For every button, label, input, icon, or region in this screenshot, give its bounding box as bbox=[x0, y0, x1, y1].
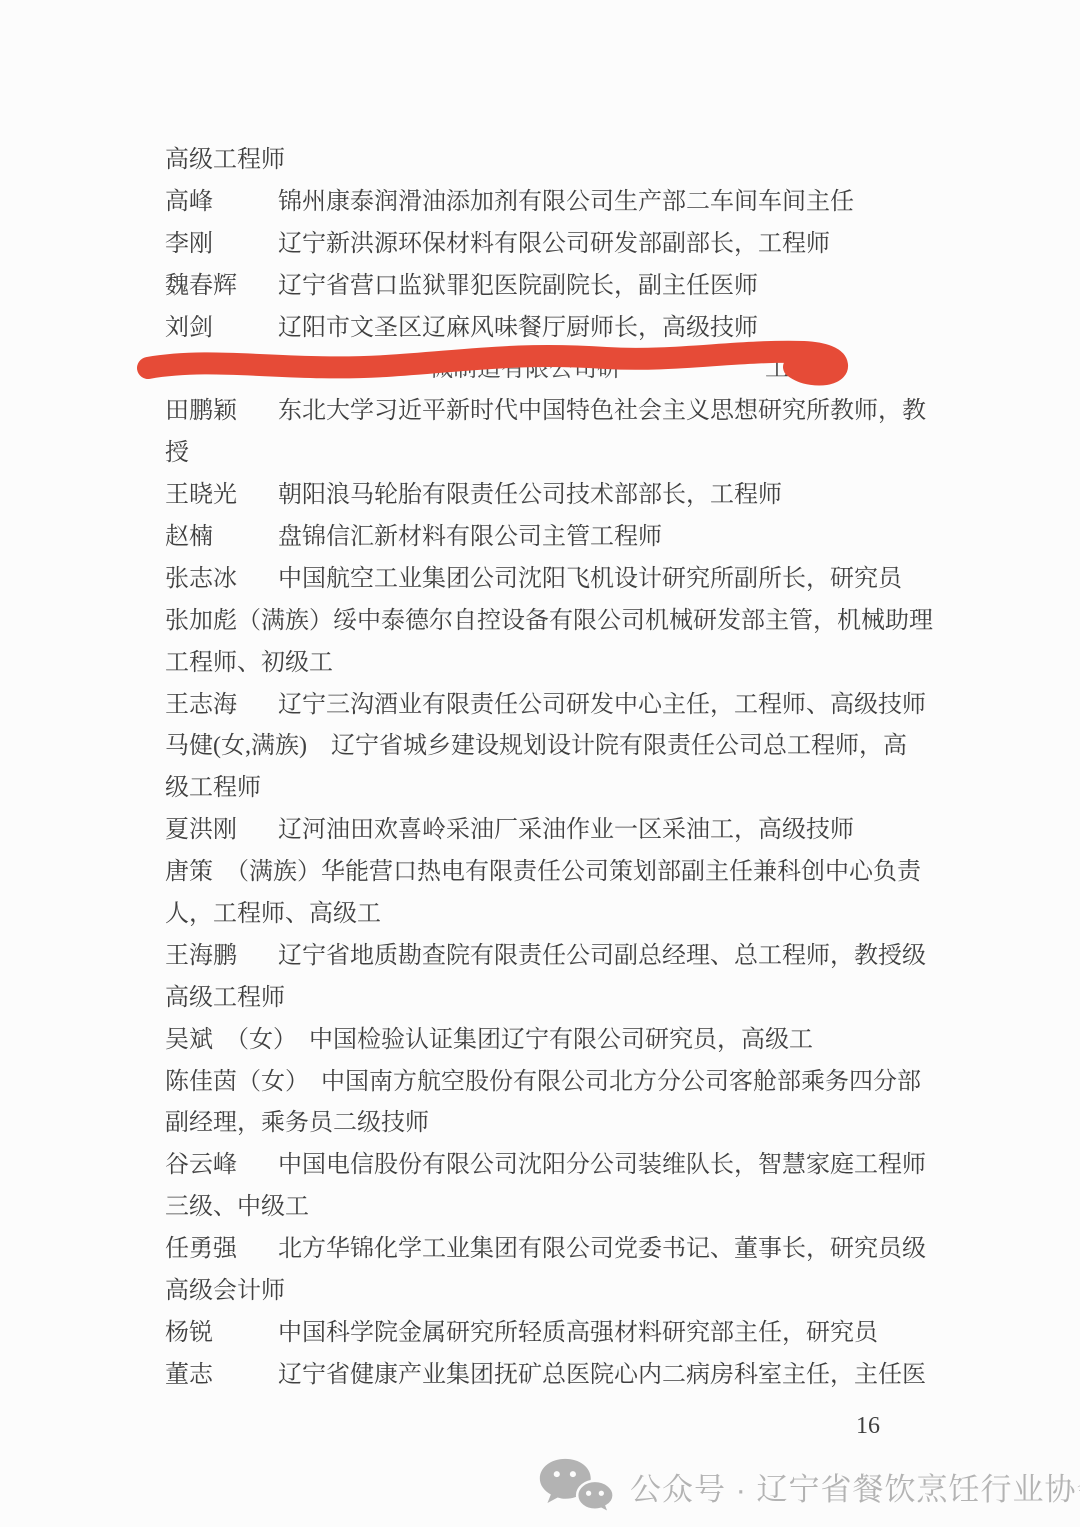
doc-line: 任勇强北方华锦化学工业集团有限公司党委书记、董事长，研究员级 bbox=[165, 1229, 970, 1271]
person-description: 北方华锦化学工业集团有限公司党委书记、董事长，研究员级 bbox=[278, 1236, 926, 1262]
person-name: 王海鹏 bbox=[165, 936, 278, 978]
person-description: 盘锦信汇新材料有限公司主管工程师 bbox=[278, 524, 662, 550]
doc-line: 杨锐中国科学院金属研究所轻质高强材料研究部主任，研究员 bbox=[165, 1313, 970, 1355]
person-description: 中国科学院金属研究所轻质高强材料研究部主任，研究员 bbox=[278, 1320, 878, 1346]
doc-line-text: 授 bbox=[165, 440, 189, 466]
person-name: 高峰 bbox=[165, 182, 278, 224]
doc-line: 张加彪（满族）绥中泰德尔自控设备有限公司机械研发部主管，机械助理 bbox=[165, 601, 970, 643]
person-name: 王晓光 bbox=[165, 475, 278, 517]
doc-line: 赵楠盘锦信汇新材料有限公司主管工程师 bbox=[165, 517, 970, 559]
doc-line-text: 高级会计师 bbox=[165, 1278, 285, 1304]
person-description: 辽阳市文圣区辽麻风味餐厅厨师长，高级技师 bbox=[278, 315, 758, 341]
person-description: 中国航空工业集团公司沈阳飞机设计研究所副所长，研究员 bbox=[278, 566, 902, 592]
doc-line: 李刚辽宁新洪源环保材料有限公司研发部副部长，工程师 bbox=[165, 224, 970, 266]
doc-line: 唐策 （满族）华能营口热电有限责任公司策划部副主任兼科创中心负责 bbox=[165, 852, 970, 894]
document-page: 高级工程师高峰锦州康泰润滑油添加剂有限公司生产部二车间车间主任李刚辽宁新洪源环保… bbox=[0, 0, 1080, 1527]
doc-line: 王晓光朝阳浪马轮胎有限责任公司技术部部长，工程师 bbox=[165, 475, 970, 517]
person-name: 任勇强 bbox=[165, 1229, 278, 1271]
person-description: 辽宁省营口监狱罪犯医院副院长，副主任医师 bbox=[278, 273, 758, 299]
doc-line-text: 械制造有限公司研 工程师 bbox=[165, 356, 837, 382]
person-name: 魏春辉 bbox=[165, 266, 278, 308]
doc-line: 王海鹏辽宁省地质勘查院有限责任公司副总经理、总工程师，教授级 bbox=[165, 936, 970, 978]
person-description: 东北大学习近平新时代中国特色社会主义思想研究所教师，教 bbox=[278, 398, 926, 424]
person-description: 辽宁三沟酒业有限责任公司研发中心主任，工程师、高级技师 bbox=[278, 692, 926, 718]
person-description: 朝阳浪马轮胎有限责任公司技术部部长，工程师 bbox=[278, 482, 782, 508]
doc-line-text: 陈佳茵（女） 中国南方航空股份有限公司北方分公司客舱部乘务四分部 bbox=[165, 1069, 921, 1095]
person-name: 田鹏颖 bbox=[165, 391, 278, 433]
doc-line-text: 张加彪（满族）绥中泰德尔自控设备有限公司机械研发部主管，机械助理 bbox=[165, 608, 933, 634]
doc-line: 副经理，乘务员二级技师 bbox=[165, 1103, 970, 1145]
doc-line-text: 唐策 （满族）华能营口热电有限责任公司策划部副主任兼科创中心负责 bbox=[165, 859, 921, 885]
doc-line: 王志海辽宁三沟酒业有限责任公司研发中心主任，工程师、高级技师 bbox=[165, 685, 970, 727]
doc-line-text: 高级工程师 bbox=[165, 985, 285, 1011]
doc-line: 陈佳茵（女） 中国南方航空股份有限公司北方分公司客舱部乘务四分部 bbox=[165, 1062, 970, 1104]
doc-line: 高级会计师 bbox=[165, 1271, 970, 1313]
doc-line: 张志冰中国航空工业集团公司沈阳飞机设计研究所副所长，研究员 bbox=[165, 559, 970, 601]
doc-line-text: 马健(女,满族) 辽宁省城乡建设规划设计院有限责任公司总工程师，高 bbox=[165, 733, 907, 759]
doc-line-text: 级工程师 bbox=[165, 775, 261, 801]
doc-line: 刘剑辽阳市文圣区辽麻风味餐厅厨师长，高级技师 bbox=[165, 308, 970, 350]
doc-line: 授 bbox=[165, 433, 970, 475]
doc-line-redacted: 械制造有限公司研 工程师 bbox=[165, 349, 970, 391]
person-name: 刘剑 bbox=[165, 308, 278, 350]
person-description: 中国电信股份有限公司沈阳分公司装维队长，智慧家庭工程师 bbox=[278, 1152, 926, 1178]
doc-line: 魏春辉辽宁省营口监狱罪犯医院副院长，副主任医师 bbox=[165, 266, 970, 308]
person-name: 李刚 bbox=[165, 224, 278, 266]
doc-line-text: 三级、中级工 bbox=[165, 1194, 309, 1220]
doc-line: 董志辽宁省健康产业集团抚矿总医院心内二病房科室主任，主任医 bbox=[165, 1355, 970, 1397]
person-description: 锦州康泰润滑油添加剂有限公司生产部二车间车间主任 bbox=[278, 189, 854, 215]
document-lines: 高级工程师高峰锦州康泰润滑油添加剂有限公司生产部二车间车间主任李刚辽宁新洪源环保… bbox=[165, 140, 970, 1397]
doc-line: 工程师、初级工 bbox=[165, 643, 970, 685]
person-name: 夏洪刚 bbox=[165, 810, 278, 852]
doc-line-text: 副经理，乘务员二级技师 bbox=[165, 1110, 429, 1136]
person-description: 辽宁省地质勘查院有限责任公司副总经理、总工程师，教授级 bbox=[278, 943, 926, 969]
doc-line: 吴斌 （女） 中国检验认证集团辽宁有限公司研究员，高级工 bbox=[165, 1020, 970, 1062]
doc-line: 高级工程师 bbox=[165, 978, 970, 1020]
person-description: 辽宁省健康产业集团抚矿总医院心内二病房科室主任，主任医 bbox=[278, 1362, 926, 1388]
person-name: 杨锐 bbox=[165, 1313, 278, 1355]
page-number: 16 bbox=[856, 1412, 880, 1440]
doc-line: 三级、中级工 bbox=[165, 1187, 970, 1229]
doc-line: 级工程师 bbox=[165, 768, 970, 810]
doc-line: 谷云峰中国电信股份有限公司沈阳分公司装维队长，智慧家庭工程师 bbox=[165, 1145, 970, 1187]
person-name: 谷云峰 bbox=[165, 1145, 278, 1187]
doc-line: 田鹏颖东北大学习近平新时代中国特色社会主义思想研究所教师，教 bbox=[165, 391, 970, 433]
doc-line: 人，工程师、高级工 bbox=[165, 894, 970, 936]
wechat-icon bbox=[538, 1458, 618, 1514]
doc-line: 夏洪刚辽河油田欢喜岭采油厂采油作业一区采油工，高级技师 bbox=[165, 810, 970, 852]
doc-line-text: 工程师、初级工 bbox=[165, 650, 333, 676]
doc-line-text: 吴斌 （女） 中国检验认证集团辽宁有限公司研究员，高级工 bbox=[165, 1027, 813, 1053]
doc-line: 马健(女,满族) 辽宁省城乡建设规划设计院有限责任公司总工程师，高 bbox=[165, 726, 970, 768]
watermark-text: 公众号 · 辽宁省餐饮烹饪行业协会 bbox=[630, 1464, 1080, 1509]
person-name: 董志 bbox=[165, 1355, 278, 1397]
person-description: 辽宁新洪源环保材料有限公司研发部副部长，工程师 bbox=[278, 231, 830, 257]
person-name: 张志冰 bbox=[165, 559, 278, 601]
doc-line: 高峰锦州康泰润滑油添加剂有限公司生产部二车间车间主任 bbox=[165, 182, 970, 224]
person-name: 赵楠 bbox=[165, 517, 278, 559]
person-name: 王志海 bbox=[165, 685, 278, 727]
section-heading-text: 高级工程师 bbox=[165, 147, 285, 173]
section-heading: 高级工程师 bbox=[165, 140, 970, 182]
watermark: 公众号 · 辽宁省餐饮烹饪行业协会 bbox=[538, 1458, 1080, 1514]
person-description: 辽河油田欢喜岭采油厂采油作业一区采油工，高级技师 bbox=[278, 817, 854, 843]
doc-line-text: 人，工程师、高级工 bbox=[165, 901, 381, 927]
